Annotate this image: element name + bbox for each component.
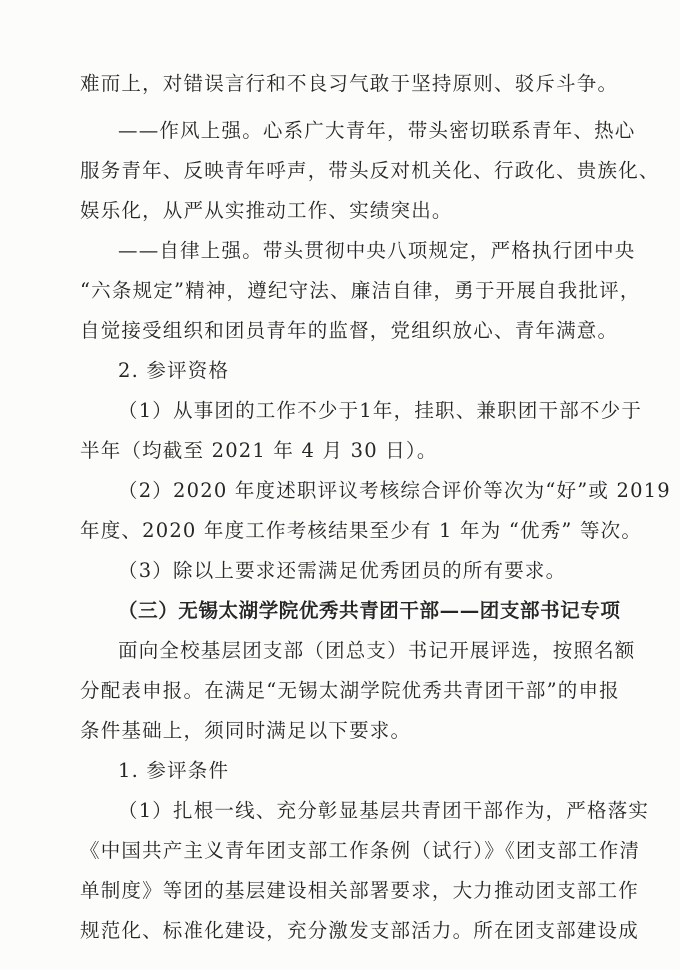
text-line-continuation: 难而上，对错误言行和不良习气敢于坚持原则、驳斥斗争。 xyxy=(80,66,600,102)
text-line: 娱乐化，从严从实推动工作、实绩突出。 xyxy=(80,193,600,229)
text-line-discipline-heading: ——自律上强。带头贯彻中央八项规定，严格执行团中央 xyxy=(118,233,600,269)
text-line-style-heading: ——作风上强。心系广大青年，带头密切联系青年、热心 xyxy=(118,113,600,149)
list-item-1: （1）从事团的工作不少于1年，挂职、兼职团干部不少于 xyxy=(118,393,600,429)
text-line: 单制度》等团的基层建设相关部署要求，大力推动团支部工作 xyxy=(80,873,600,909)
text-line: 条件基础上，须同时满足以下要求。 xyxy=(80,713,600,749)
document-page: 难而上，对错误言行和不良习气敢于坚持原则、驳斥斗争。 ——作风上强。心系广大青年… xyxy=(0,0,680,970)
list-item-3: （3）除以上要求还需满足优秀团员的所有要求。 xyxy=(118,553,600,589)
text-line: “六条规定”精神，遵纪守法、廉洁自律，勇于开展自我批评， xyxy=(80,273,600,309)
list-item-1: （1）扎根一线、充分彰显基层共青团干部作为，严格落实 xyxy=(118,793,600,829)
list-item-2: （2）2020 年度述职评议考核综合评价等次为“好”或 2019 xyxy=(118,473,600,509)
section-heading-conditions: 1. 参评条件 xyxy=(118,753,600,789)
text-line: 服务青年、反映青年呼声，带头反对机关化、行政化、贵族化、 xyxy=(80,153,600,189)
text-line: 分配表申报。在满足“无锡太湖学院优秀共青团干部”的申报 xyxy=(80,673,600,709)
text-line: 《中国共产主义青年团支部工作条例（试行）》《团支部工作清 xyxy=(80,833,600,869)
section-heading-eligibility: 2. 参评资格 xyxy=(118,353,600,389)
text-line: 年度、2020 年度工作考核结果至少有 1 年为 “优秀” 等次。 xyxy=(80,513,600,549)
text-line: 自觉接受组织和团员青年的监督，党组织放心、青年满意。 xyxy=(80,313,600,349)
section-heading-branch-secretary: （三）无锡太湖学院优秀共青团干部——团支部书记专项 xyxy=(118,593,600,629)
text-line: 规范化、标准化建设，充分激发支部活力。所在团支部建设成 xyxy=(80,913,600,949)
text-line: 半年（均截至 2021 年 4 月 30 日）。 xyxy=(80,433,600,469)
text-line: 面向全校基层团支部（团总支）书记开展评选，按照名额 xyxy=(118,633,600,669)
